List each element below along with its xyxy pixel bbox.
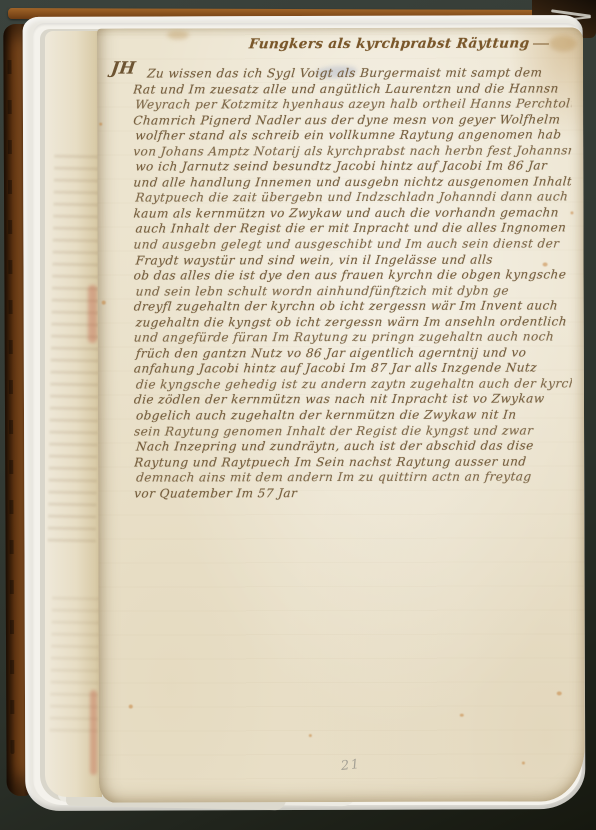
book-photo: Fungkers als kyrchprabst Räyttung JH Zu … [0, 0, 596, 830]
foxing-blotch [167, 30, 189, 39]
red-stain [90, 690, 97, 775]
manuscript-line: Weyrach per Kotzmitz hyenhaus azeyn halb… [135, 96, 572, 113]
manuscript-line: auch Inhalt der Regist die er mit Inprac… [135, 221, 572, 238]
manuscript-line: wo ich Jarnutz seind besundtz Jacobi hin… [135, 159, 572, 176]
ghost-text-bleed [48, 151, 102, 552]
manuscript-line: die zödlen der kernmützn was nach nit In… [133, 392, 572, 409]
manuscript-page: Fungkers als kyrchprabst Räyttung JH Zu … [97, 27, 585, 802]
fox-spot [460, 714, 464, 717]
manuscript-line: sein Raytung genomen Inhalt der Regist d… [133, 423, 572, 440]
fox-spot [570, 211, 573, 214]
foxing-blotch [549, 35, 577, 51]
manuscript-line: und angefürde füran Im Raytung zu pringn… [133, 330, 572, 347]
manuscript-line: Rat und Im zuesatz alle und angütlich La… [133, 81, 572, 98]
previous-page-sliver [45, 31, 102, 797]
folio-number-pencil: 21 [340, 757, 361, 774]
fox-spot [99, 123, 102, 126]
manuscript-text-block: Zu wissen das ich Sygl Voigt als Burgerm… [133, 65, 572, 508]
manuscript-line: die kyngsche gehedig ist zu andern zaytn… [135, 376, 572, 393]
fox-spot [102, 301, 106, 305]
manuscript-line: anfahung Jacobi hintz auf Jacobi Im 87 J… [133, 361, 572, 378]
manuscript-line: zugehaltn die kyngst ob icht zergessn wä… [135, 314, 572, 331]
manuscript-line: Fraydt waystür und sind wein, vin il Ing… [135, 252, 572, 269]
manuscript-line: und ausgebn gelegt und ausgeschibt und I… [133, 236, 572, 253]
manuscript-line: vor Quatember Im 57 Jar [134, 485, 573, 502]
manuscript-line: wolfher stand als schreib ein vollkumne … [135, 128, 572, 145]
manuscript-line: demnach ains mit dem andern Im zu quitti… [136, 470, 573, 487]
manuscript-line: Raytpuech die zait übergebn und Indzschl… [135, 190, 572, 207]
manuscript-line: Nach Inzepring und zundräytn, auch ist d… [135, 439, 572, 456]
red-stain [88, 285, 97, 343]
fox-spot [309, 734, 312, 737]
fox-spot [129, 705, 133, 709]
manuscript-line: Zu wissen das ich Sygl Voigt als Burgerm… [134, 65, 571, 82]
manuscript-line: obgelich auch zugehaltn der kernmützn di… [135, 407, 572, 424]
manuscript-line: von Johans Amptz Notarij als kyrchprabst… [133, 143, 572, 160]
manuscript-line: Raytung und Raytpuech Im Sein nachst Ray… [133, 454, 572, 471]
manuscript-line: Chamrich Pignerd Nadler aus der dyne mes… [133, 112, 572, 129]
manuscript-line: früch den gantzn Nutz vo 86 Jar aigentli… [135, 345, 572, 362]
fox-spot [543, 262, 548, 266]
manuscript-line: dreyfl zugehaltn der kyrchn ob icht zerg… [133, 299, 572, 316]
fox-spot [557, 691, 562, 695]
manuscript-line: kaum als kernmützn vo Zwykaw und auch di… [133, 205, 572, 222]
manuscript-line: ob das alles die ist dye den aus frauen … [133, 268, 572, 285]
manuscript-line: und alle handlung Innemen und ausgebn ni… [133, 174, 572, 191]
manuscript-line: und sein lebn schult wordn ainhundfünftz… [135, 283, 572, 300]
manuscript-heading: Fungkers als kyrchprabst Räyttung [248, 35, 550, 52]
fox-spot [522, 762, 525, 765]
